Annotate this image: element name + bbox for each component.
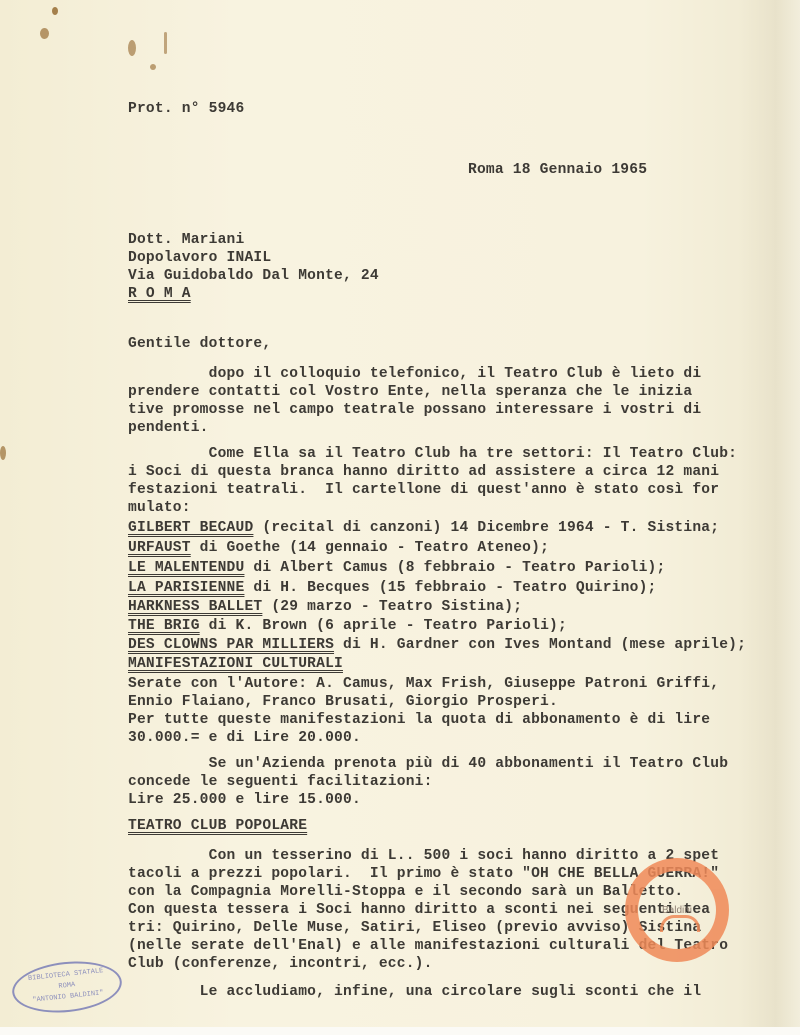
recipient-city: R O M A [128,286,191,302]
recipient-organization: Dopolavoro INAIL [128,250,271,266]
letter-date: Roma 18 Gennaio 1965 [468,162,647,178]
program-details: di Goethe (14 gennaio - Teatro Ateneo); [191,540,549,556]
paragraph-1-line: pendenti. [128,420,209,436]
paragraph-4-line: tacoli a prezzi popolari. Il primo è sta… [128,866,719,882]
recipient-name: Dott. Mariani [128,232,244,248]
paragraph-5-line: Le accludiamo, infine, una circolare sug… [128,984,701,1000]
program-details: di Albert Camus (8 febbraio - Teatro Par… [244,560,665,576]
program-item: MANIFESTAZIONI CULTURALI [128,656,343,672]
paragraph-4-line: Con questa tessera i Soci hanno diritto … [128,902,710,918]
program-details: di K. Brown (6 aprile - Teatro Parioli); [200,618,567,634]
salutation: Gentile dottore, [128,336,271,352]
paragraph-1-line: dopo il colloquio telefonico, il Teatro … [128,366,701,382]
program-item: GILBERT BECAUD (recital di canzoni) 14 D… [128,520,719,536]
section-heading-teatro-club-popolare: TEATRO CLUB POPOLARE [128,818,307,834]
program-title: URFAUST [128,540,191,556]
paragraph-4-line: Club (conferenze, incontri, ecc.). [128,956,433,972]
program-item: HARKNESS BALLET (29 marzo - Teatro Sisti… [128,599,522,615]
protocol-number: Prot. n° 5946 [128,101,244,117]
paragraph-3-line: concede le seguenti facilitazioni: [128,774,433,790]
program-details: di H. Becques (15 febbraio - Teatro Quir… [244,580,656,596]
paragraph-3-line: Se un'Azienda prenota più di 40 abboname… [128,756,728,772]
program-item: DES CLOWNS PAR MILLIERS di H. Gardner co… [128,637,746,653]
program-details: (29 marzo - Teatro Sistina); [262,599,522,615]
page-fold-shadow [740,0,800,1035]
paragraph-1-line: prendere contatti col Vostro Ente, nella… [128,384,692,400]
program-title: LE MALENTENDU [128,560,244,576]
baldini-logo-stamp: Baldini [625,858,729,962]
cultural-line: Per tutte queste manifestazioni la quota… [128,712,710,728]
paragraph-4-line: Con un tesserino di L.. 500 i soci hanno… [128,848,719,864]
ink-stain [0,446,6,460]
paragraph-4-line: tri: Quirino, Delle Muse, Satiri, Eliseo… [128,920,701,936]
scan-edge [0,1027,800,1035]
paragraph-3-line: Lire 25.000 e lire 15.000. [128,792,361,808]
ink-stain [150,64,156,70]
program-item: LE MALENTENDU di Albert Camus (8 febbrai… [128,560,665,576]
open-book-icon [660,915,700,932]
program-title: HARKNESS BALLET [128,599,262,615]
cultural-line: 30.000.= e di Lire 20.000. [128,730,361,746]
ink-stain [40,28,49,39]
program-details: (recital di canzoni) 14 Dicembre 1964 - … [253,520,719,536]
program-details: di H. Gardner con Ives Montand (mese apr… [334,637,746,653]
recipient-address: Via Guidobaldo Dal Monte, 24 [128,268,379,284]
paragraph-2-line: Come Ella sa il Teatro Club ha tre setto… [128,446,737,462]
program-item: URFAUST di Goethe (14 gennaio - Teatro A… [128,540,549,556]
program-title: GILBERT BECAUD [128,520,253,536]
cultural-line: Serate con l'Autore: A. Camus, Max Frish… [128,676,719,692]
program-item: THE BRIG di K. Brown (6 aprile - Teatro … [128,618,567,634]
program-title: DES CLOWNS PAR MILLIERS [128,637,334,653]
cultural-line: Ennio Flaiano, Franco Brusati, Giorgio P… [128,694,558,710]
paragraph-1-line: tive promosse nel campo teatrale possano… [128,402,701,418]
program-title: LA PARISIENNE [128,580,244,596]
ink-stain [164,32,167,54]
paragraph-4-line: con la Compagnia Morelli-Stoppa e il sec… [128,884,683,900]
program-title: MANIFESTAZIONI CULTURALI [128,656,343,672]
ink-stain [128,40,136,56]
paragraph-2-line: mulato: [128,500,191,516]
paragraph-2-line: i Soci di questa branca hanno diritto ad… [128,464,719,480]
program-title: THE BRIG [128,618,200,634]
paragraph-2-line: festazioni teatrali. Il cartellone di qu… [128,482,719,498]
program-item: LA PARISIENNE di H. Becques (15 febbraio… [128,580,657,596]
ink-stain [52,7,58,15]
